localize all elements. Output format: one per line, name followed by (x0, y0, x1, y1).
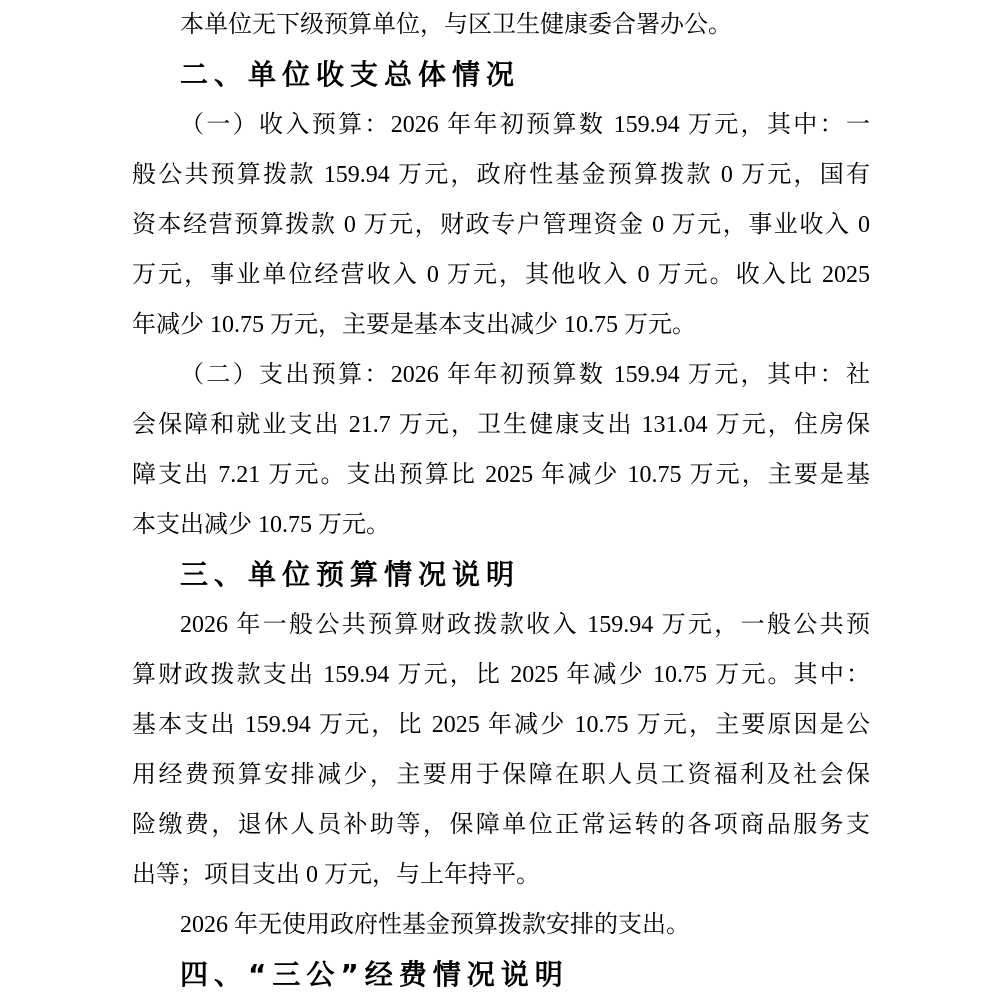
paragraph-line: （二）支出预算：2026 年年初预算数 159.94 万元，其中：社 (132, 350, 870, 400)
paragraph-line: 障支出 7.21 万元。支出预算比 2025 年减少 10.75 万元，主要是基 (132, 450, 870, 500)
paragraph-line: 2026 年一般公共预算财政拨款收入 159.94 万元，一般公共预 (132, 600, 870, 650)
paragraph-line: （一）收入预算：2026 年年初预算数 159.94 万元，其中：一 (132, 100, 870, 150)
paragraph-line: 算财政拨款支出 159.94 万元，比 2025 年减少 10.75 万元。其中… (132, 650, 870, 700)
paragraph-line: 万元，事业单位经营收入 0 万元，其他收入 0 万元。收入比 2025 (132, 250, 870, 300)
document-body: 本单位无下级预算单位，与区卫生健康委合署办公。二、单位收支总体情况（一）收入预算… (132, 0, 870, 1000)
paragraph-line: 资本经营预算拨款 0 万元，财政专户管理资金 0 万元，事业收入 0 (132, 200, 870, 250)
document-page: 本单位无下级预算单位，与区卫生健康委合署办公。二、单位收支总体情况（一）收入预算… (0, 0, 1000, 1002)
paragraph-line: 本支出减少 10.75 万元。 (132, 500, 870, 550)
paragraph-line: 出等；项目支出 0 万元，与上年持平。 (132, 850, 870, 900)
paragraph-line: 险缴费，退休人员补助等，保障单位正常运转的各项商品服务支 (132, 800, 870, 850)
paragraph-line: 本单位无下级预算单位，与区卫生健康委合署办公。 (132, 0, 870, 50)
paragraph-line: 2026 年无使用政府性基金预算拨款安排的支出。 (132, 900, 870, 950)
section-heading: 二、单位收支总体情况 (132, 50, 870, 100)
paragraph-line: 会保障和就业支出 21.7 万元，卫生健康支出 131.04 万元，住房保 (132, 400, 870, 450)
paragraph-line: 年减少 10.75 万元，主要是基本支出减少 10.75 万元。 (132, 300, 870, 350)
paragraph-line: 用经费预算安排减少，主要用于保障在职人员工资福利及社会保 (132, 750, 870, 800)
section-heading: 四、“三公”经费情况说明 (132, 950, 870, 1000)
paragraph-line: 基本支出 159.94 万元，比 2025 年减少 10.75 万元，主要原因是… (132, 700, 870, 750)
paragraph-line: 般公共预算拨款 159.94 万元，政府性基金预算拨款 0 万元，国有 (132, 150, 870, 200)
section-heading: 三、单位预算情况说明 (132, 550, 870, 600)
